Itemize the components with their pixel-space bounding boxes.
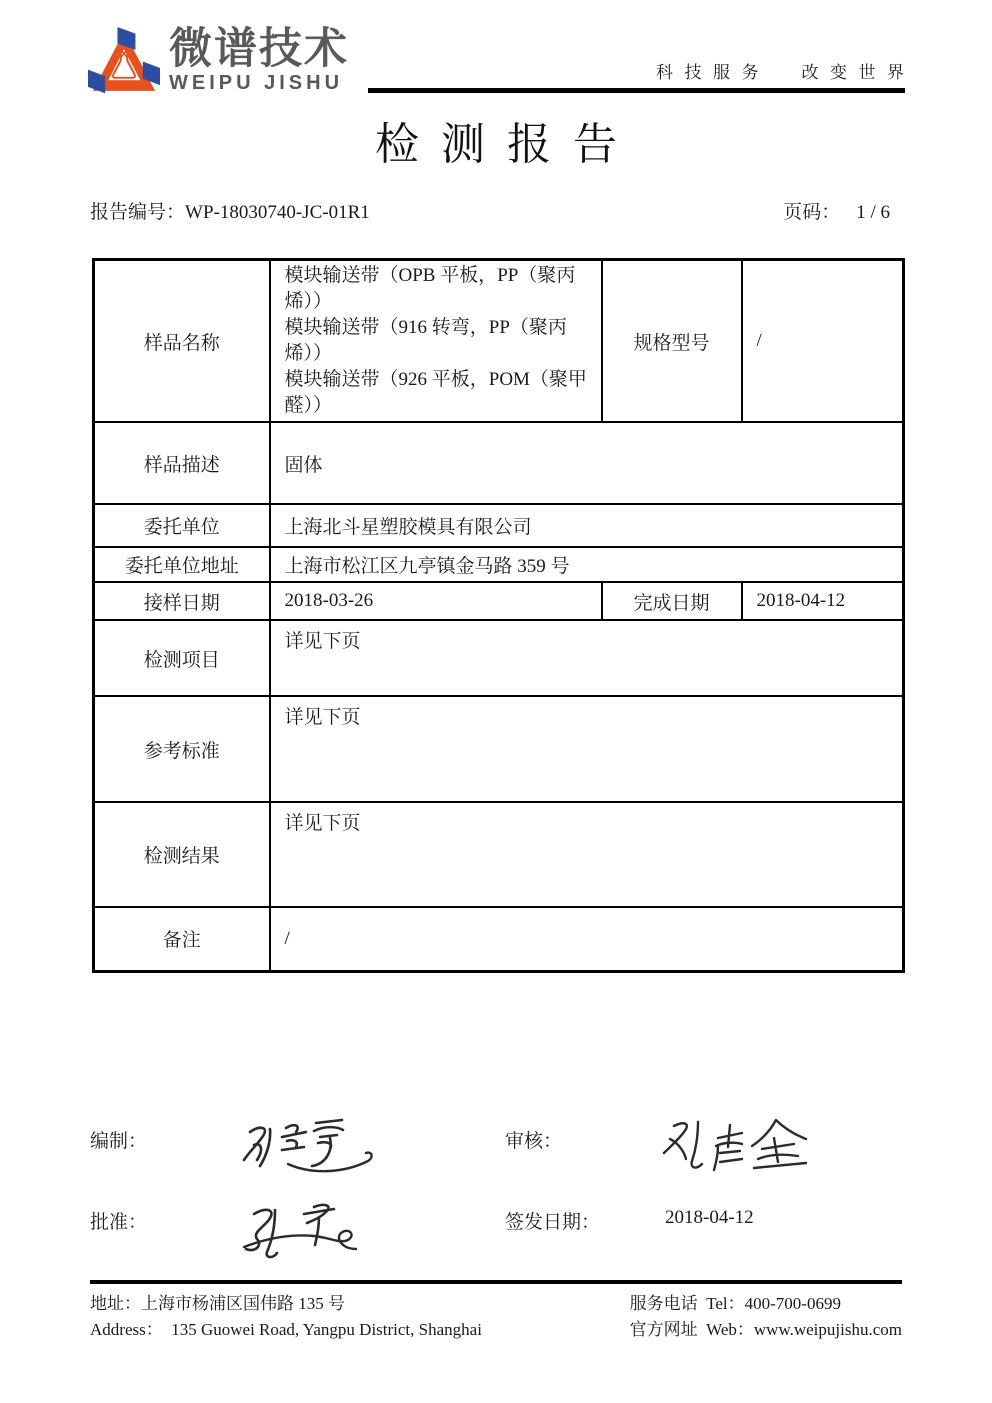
complete-date-value: 2018-04-12 bbox=[742, 582, 904, 620]
ref-standard-label: 参考标准 bbox=[94, 696, 270, 802]
table-row: 样品名称 模块输送带（OPB 平板，PP（聚丙烯）） 模块输送带（916 转弯，… bbox=[94, 260, 904, 423]
footer-web: 官方网址 Web：www.weipujishu.com bbox=[630, 1317, 902, 1343]
remarks-label: 备注 bbox=[94, 907, 270, 971]
report-number-label: 报告编号： bbox=[90, 197, 185, 224]
header-rule: 科 技 服 务 改 变 世 界 bbox=[368, 58, 905, 93]
table-row: 接样日期 2018-03-26 完成日期 2018-04-12 bbox=[94, 582, 904, 620]
test-results-label: 检测结果 bbox=[94, 802, 270, 907]
approved-signature bbox=[228, 1192, 378, 1270]
weipu-logo-icon bbox=[88, 26, 160, 110]
table-row: 备注 / bbox=[94, 907, 904, 971]
footer-contact: 服务电话 Tel：400-700-0699 官方网址 Web：www.weipu… bbox=[630, 1291, 902, 1344]
client-value: 上海北斗星塑胶模具有限公司 bbox=[270, 504, 904, 547]
logo-chinese-name: 微谱技术 bbox=[169, 26, 349, 72]
issue-date-value: 2018-04-12 bbox=[665, 1207, 754, 1229]
reviewed-signature bbox=[648, 1112, 860, 1180]
table-row: 委托单位地址 上海市松江区九亭镇金马路 359 号 bbox=[94, 547, 904, 582]
client-address-label: 委托单位地址 bbox=[94, 547, 270, 582]
report-number-value: WP-18030740-JC-01R1 bbox=[185, 202, 370, 224]
sample-name-line-1: 模块输送带（OPB 平板，PP（聚丙烯）） bbox=[285, 263, 593, 315]
prepared-signature bbox=[230, 1108, 380, 1190]
report-number: 报告编号： WP-18030740-JC-01R1 bbox=[90, 197, 370, 224]
table-row: 检测结果 详见下页 bbox=[94, 802, 904, 907]
issue-date-label: 签发日期： bbox=[505, 1207, 600, 1234]
sample-desc-value: 固体 bbox=[270, 422, 904, 504]
test-items-label: 检测项目 bbox=[94, 620, 270, 696]
table-row: 检测项目 详见下页 bbox=[94, 620, 904, 696]
page-footer: 地址：上海市杨浦区国伟路 135 号 Address： 135 Guowei R… bbox=[90, 1280, 902, 1344]
logo-text: 微谱技术 WEIPU JISHU bbox=[169, 26, 349, 94]
sample-name-line-2: 模块输送带（916 转弯，PP（聚丙烯）） bbox=[285, 315, 593, 367]
footer-address-cn: 地址：上海市杨浦区国伟路 135 号 bbox=[90, 1291, 482, 1317]
receive-date-value: 2018-03-26 bbox=[270, 582, 602, 620]
reviewed-by-label: 审核： bbox=[505, 1126, 562, 1153]
footer-address: 地址：上海市杨浦区国伟路 135 号 Address： 135 Guowei R… bbox=[90, 1291, 482, 1344]
test-items-value: 详见下页 bbox=[270, 620, 904, 696]
sample-desc-label: 样品描述 bbox=[94, 422, 270, 504]
client-label: 委托单位 bbox=[94, 504, 270, 547]
table-row: 参考标准 详见下页 bbox=[94, 696, 904, 802]
page-number-label: 页码： bbox=[783, 197, 840, 224]
complete-date-label: 完成日期 bbox=[602, 582, 742, 620]
spec-model-label: 规格型号 bbox=[602, 260, 742, 423]
footer-address-en: Address： 135 Guowei Road, Yangpu Distric… bbox=[90, 1317, 482, 1343]
spec-model-value: / bbox=[742, 260, 904, 423]
sample-name-value: 模块输送带（OPB 平板，PP（聚丙烯）） 模块输送带（916 转弯，PP（聚丙… bbox=[270, 260, 602, 423]
table-row: 委托单位 上海北斗星塑胶模具有限公司 bbox=[94, 504, 904, 547]
report-info-line: 报告编号： WP-18030740-JC-01R1 页码： 1 / 6 bbox=[90, 197, 890, 224]
sample-name-label: 样品名称 bbox=[94, 260, 270, 423]
prepared-by-label: 编制： bbox=[90, 1126, 147, 1153]
footer-tel: 服务电话 Tel：400-700-0699 bbox=[630, 1291, 902, 1317]
sample-name-line-3: 模块输送带（926 平板，POM（聚甲醛）） bbox=[285, 367, 593, 419]
logo-english-name: WEIPU JISHU bbox=[169, 72, 349, 94]
header-tagline: 科 技 服 务 改 变 世 界 bbox=[656, 63, 905, 82]
client-address-value: 上海市松江区九亭镇金马路 359 号 bbox=[270, 547, 904, 582]
test-results-value: 详见下页 bbox=[270, 802, 904, 907]
receive-date-label: 接样日期 bbox=[94, 582, 270, 620]
header-logo: 微谱技术 WEIPU JISHU bbox=[88, 26, 349, 110]
approved-by-label: 批准： bbox=[90, 1207, 147, 1234]
report-summary-table: 样品名称 模块输送带（OPB 平板，PP（聚丙烯）） 模块输送带（916 转弯，… bbox=[92, 258, 905, 973]
table-row: 样品描述 固体 bbox=[94, 422, 904, 504]
page-number: 页码： 1 / 6 bbox=[783, 197, 890, 224]
remarks-value: / bbox=[270, 907, 904, 971]
ref-standard-value: 详见下页 bbox=[270, 696, 904, 802]
page-number-value: 1 / 6 bbox=[856, 202, 890, 224]
page-title: 检 测 报 告 bbox=[0, 108, 992, 172]
